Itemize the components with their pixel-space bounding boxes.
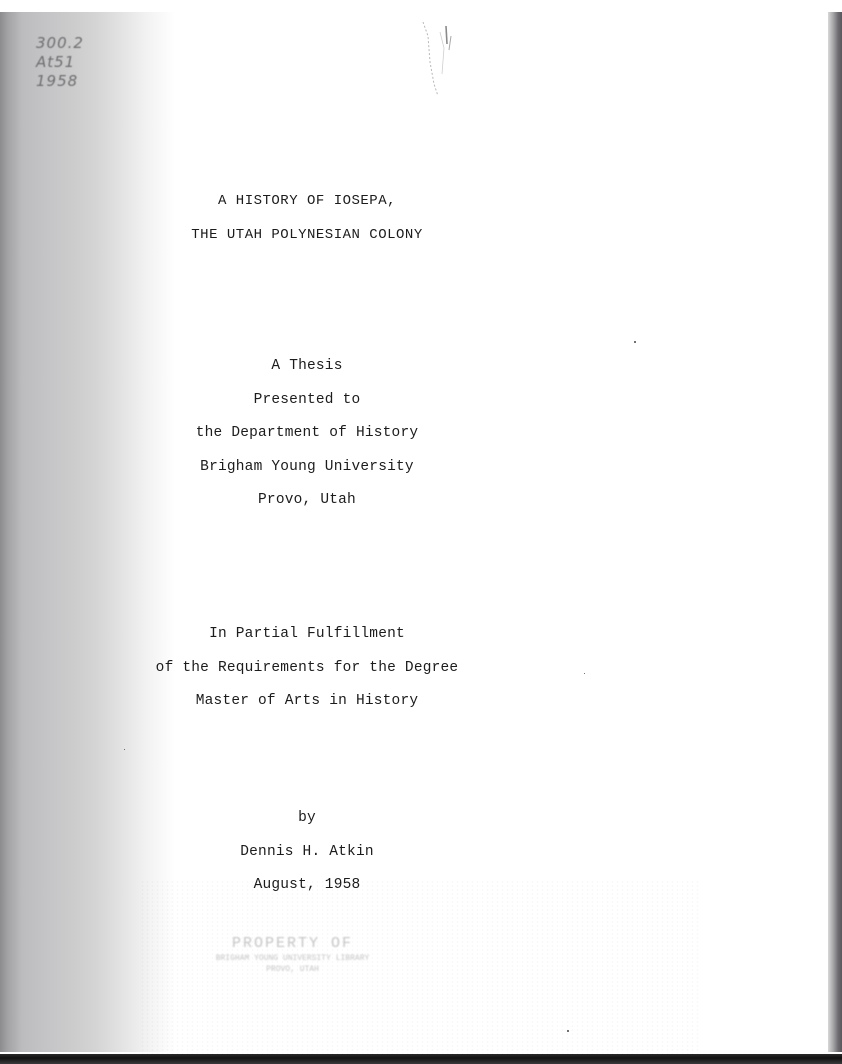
author-name: Dennis H. Atkin [0,836,614,870]
call-number-line: At51 [36,53,84,72]
page-right-edge [828,12,842,1052]
presentation-line: Brigham Young University [0,451,614,485]
pencil-mark-icon [420,14,470,104]
library-stamp: PROPERTY OF BRIGHAM YOUNG UNIVERSITY LIB… [200,935,385,975]
thesis-title: A HISTORY OF IOSEPA, THE UTAH POLYNESIAN… [0,185,614,252]
scan-top-margin [0,0,842,12]
degree-line: In Partial Fulfillment [0,618,614,652]
presentation-line: Presented to [0,384,614,418]
page-bottom-edge [0,1054,842,1064]
title-line: A HISTORY OF IOSEPA, [0,185,614,219]
by-label: by [0,802,614,836]
speck [567,1030,569,1032]
presentation-statement: A Thesis Presented to the Department of … [0,350,614,518]
call-number-line: 300.2 [36,34,84,53]
byline: by Dennis H. Atkin August, 1958 [0,802,614,903]
handwritten-call-number: 300.2 At51 1958 [36,34,84,91]
degree-line: Master of Arts in History [0,685,614,719]
stamp-line: BRIGHAM YOUNG UNIVERSITY LIBRARY [200,953,385,964]
degree-statement: In Partial Fulfillment of the Requiremen… [0,618,614,719]
stamp-line: PROVO, UTAH [200,964,385,975]
presentation-line: the Department of History [0,417,614,451]
speck [124,749,125,750]
submission-date: August, 1958 [0,869,614,903]
call-number-line: 1958 [36,72,84,91]
presentation-line: A Thesis [0,350,614,384]
stamp-line: PROPERTY OF [200,935,385,953]
speck [584,673,585,674]
title-line: THE UTAH POLYNESIAN COLONY [0,219,614,253]
speck [634,341,636,343]
degree-line: of the Requirements for the Degree [0,652,614,686]
presentation-line: Provo, Utah [0,484,614,518]
